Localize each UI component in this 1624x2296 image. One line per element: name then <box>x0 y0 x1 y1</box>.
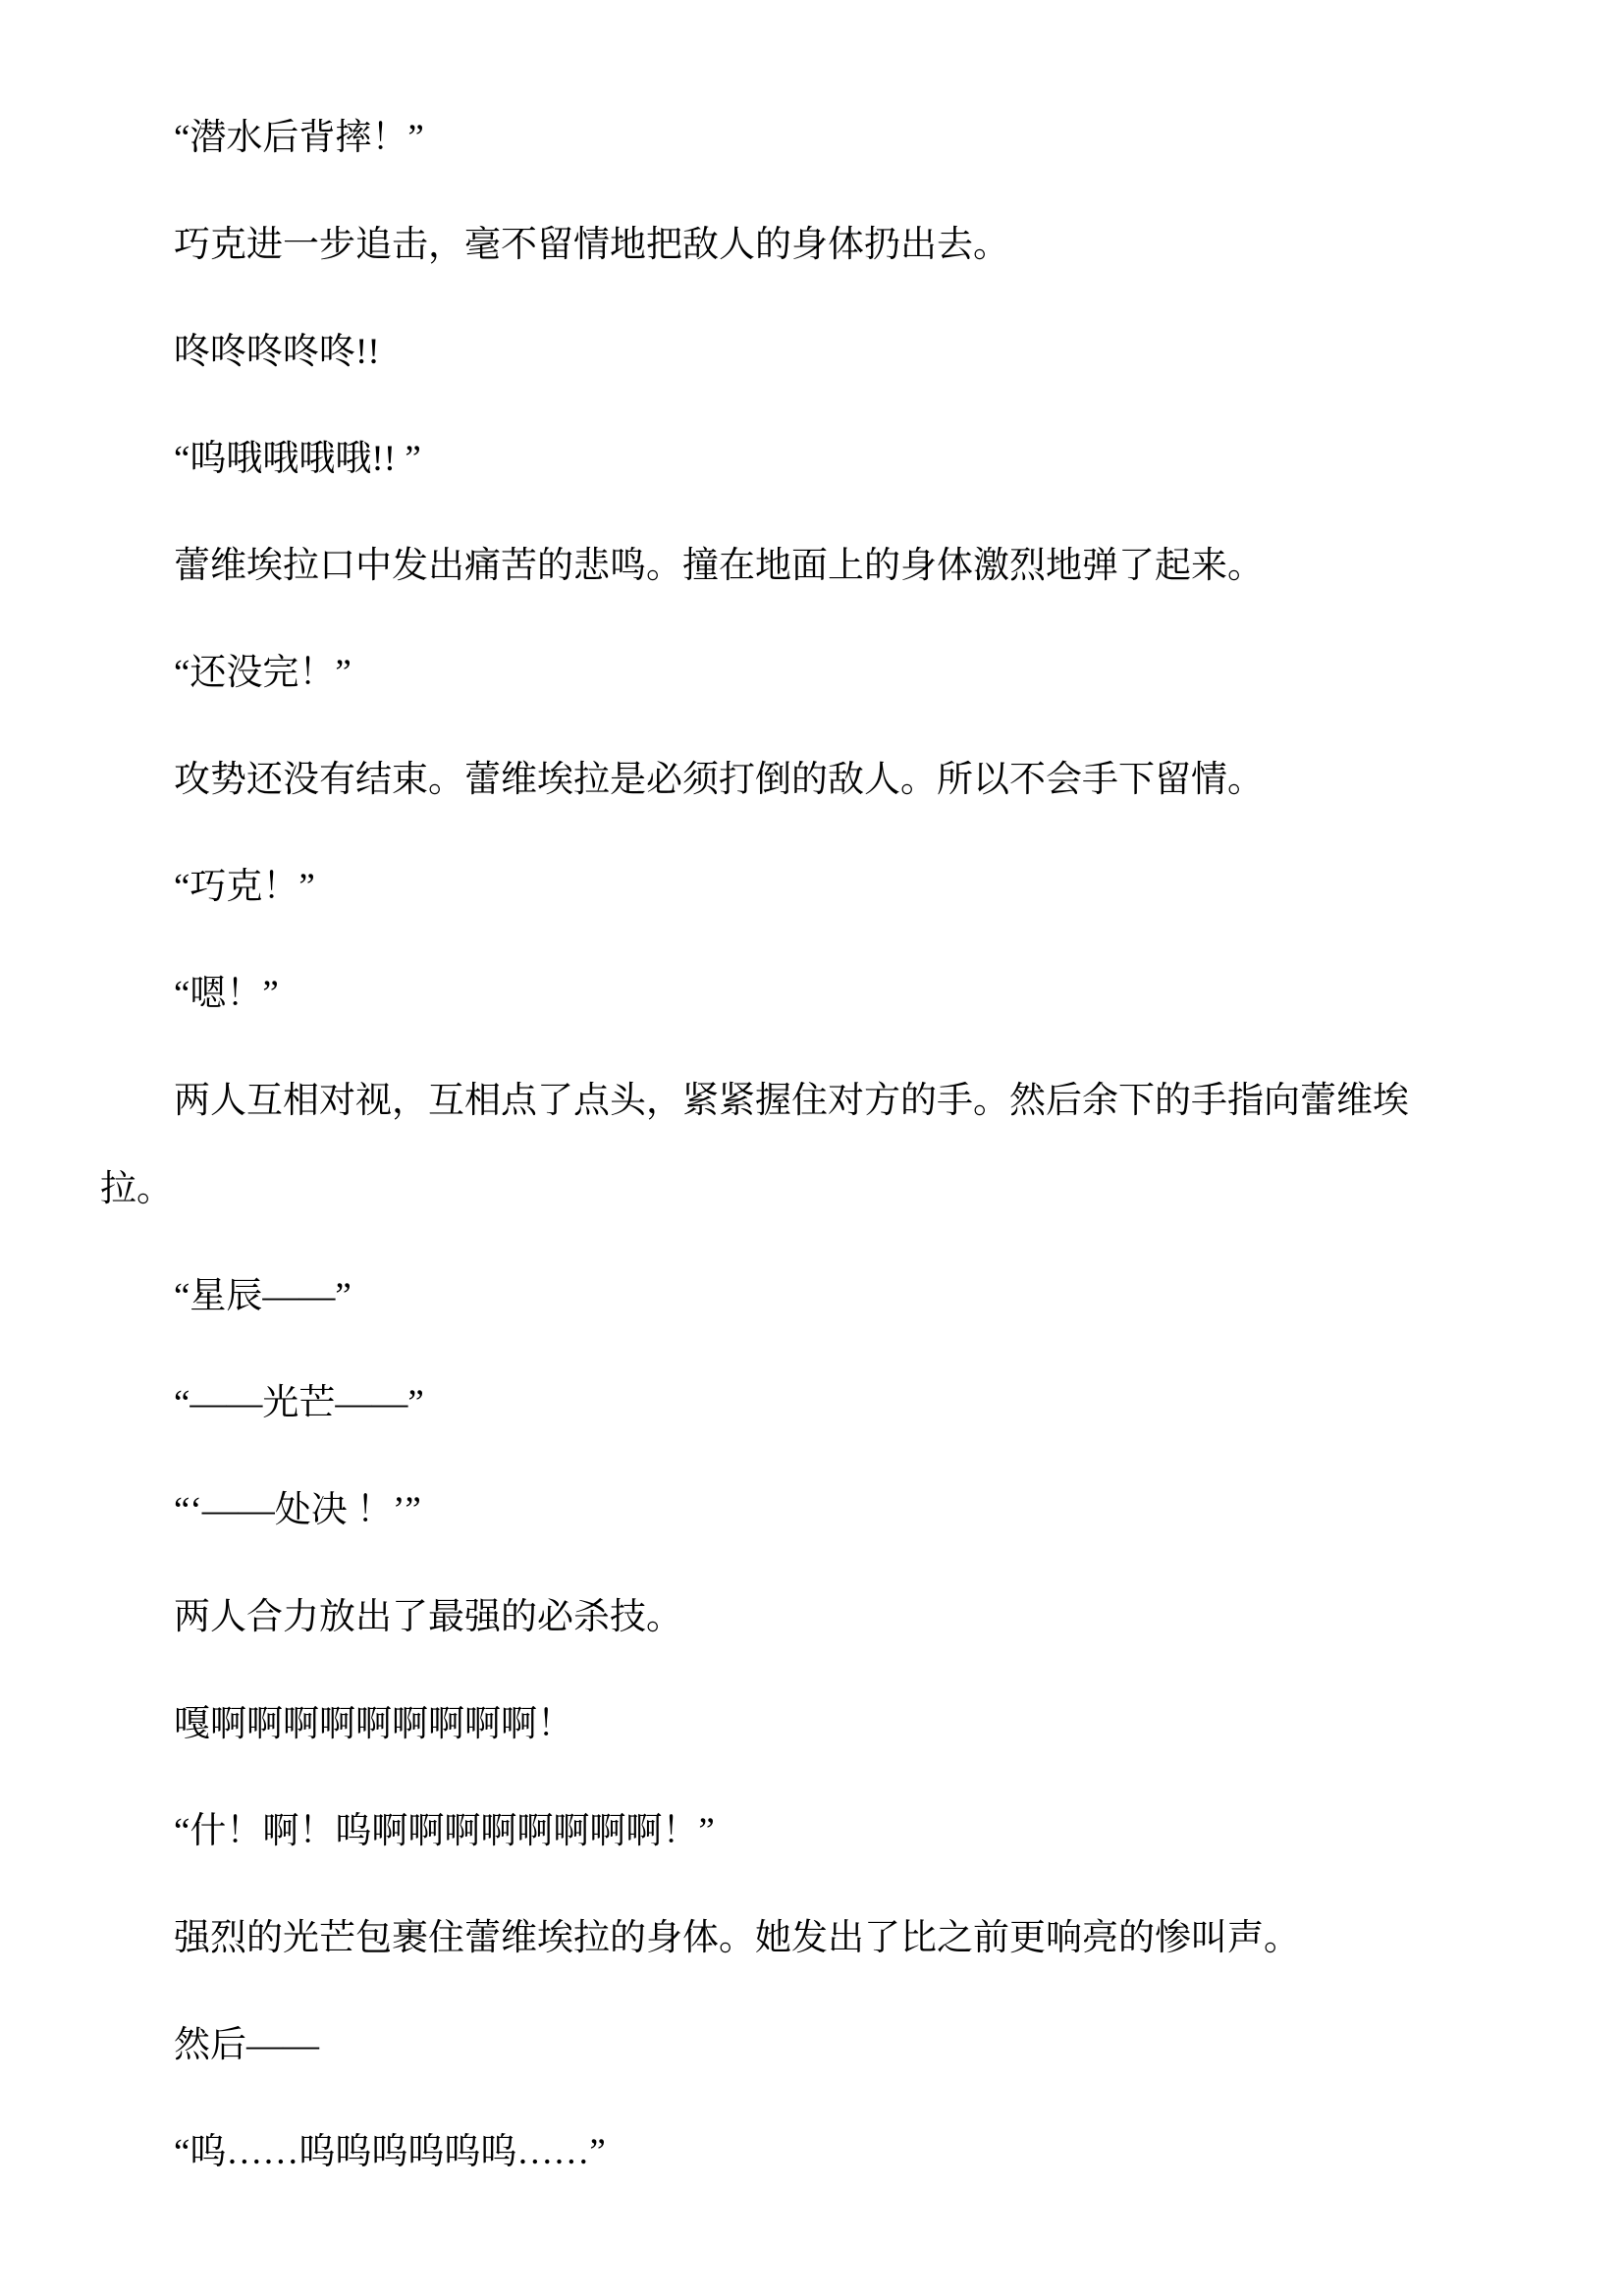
paragraph-line: “还没完！” <box>100 629 1565 718</box>
paragraph-line: 咚咚咚咚咚!! <box>100 308 1565 397</box>
paragraph-line: 然后—— <box>100 2002 1565 2090</box>
paragraph-line: “潜水后背摔！” <box>100 94 1565 183</box>
paragraph-line: 两人合力放出了最强的必杀技。 <box>100 1574 1565 1662</box>
paragraph-line: “嗯！” <box>100 950 1565 1039</box>
paragraph-line: “什！啊！呜啊啊啊啊啊啊啊啊！” <box>100 1788 1565 1876</box>
paragraph-line: “星辰——” <box>100 1253 1565 1341</box>
paragraph-line: “呜哦哦哦哦!! ” <box>100 415 1565 504</box>
paragraph-line: 攻势还没有结束。蕾维埃拉是必须打倒的敌人。所以不会手下留情。 <box>100 736 1565 825</box>
paragraph-line: 强烈的光芒包裹住蕾维埃拉的身体。她发出了比之前更响亮的惨叫声。 <box>100 1895 1565 1983</box>
paragraph-line-continuation: 拉。 <box>100 1146 1565 1234</box>
paragraph-line: “‘——处决 ！’” <box>100 1467 1565 1555</box>
paragraph-line: 两人互相对视，互相点了点头，紧紧握住对方的手。然后余下的手指向蕾维埃 <box>100 1057 1565 1146</box>
paragraph-line: “巧克！” <box>100 843 1565 932</box>
paragraph-line: “呜……呜呜呜呜呜呜……” <box>100 2109 1565 2197</box>
paragraph-line: “——光芒——” <box>100 1360 1565 1448</box>
paragraph-line: 巧克进一步追击，毫不留情地把敌人的身体扔出去。 <box>100 201 1565 290</box>
novel-text-page: “潜水后背摔！” 巧克进一步追击，毫不留情地把敌人的身体扔出去。 咚咚咚咚咚!!… <box>0 0 1624 2296</box>
paragraph-line: 嘎啊啊啊啊啊啊啊啊啊！ <box>100 1681 1565 1769</box>
paragraph-line: 蕾维埃拉口中发出痛苦的悲鸣。撞在地面上的身体激烈地弹了起来。 <box>100 522 1565 611</box>
